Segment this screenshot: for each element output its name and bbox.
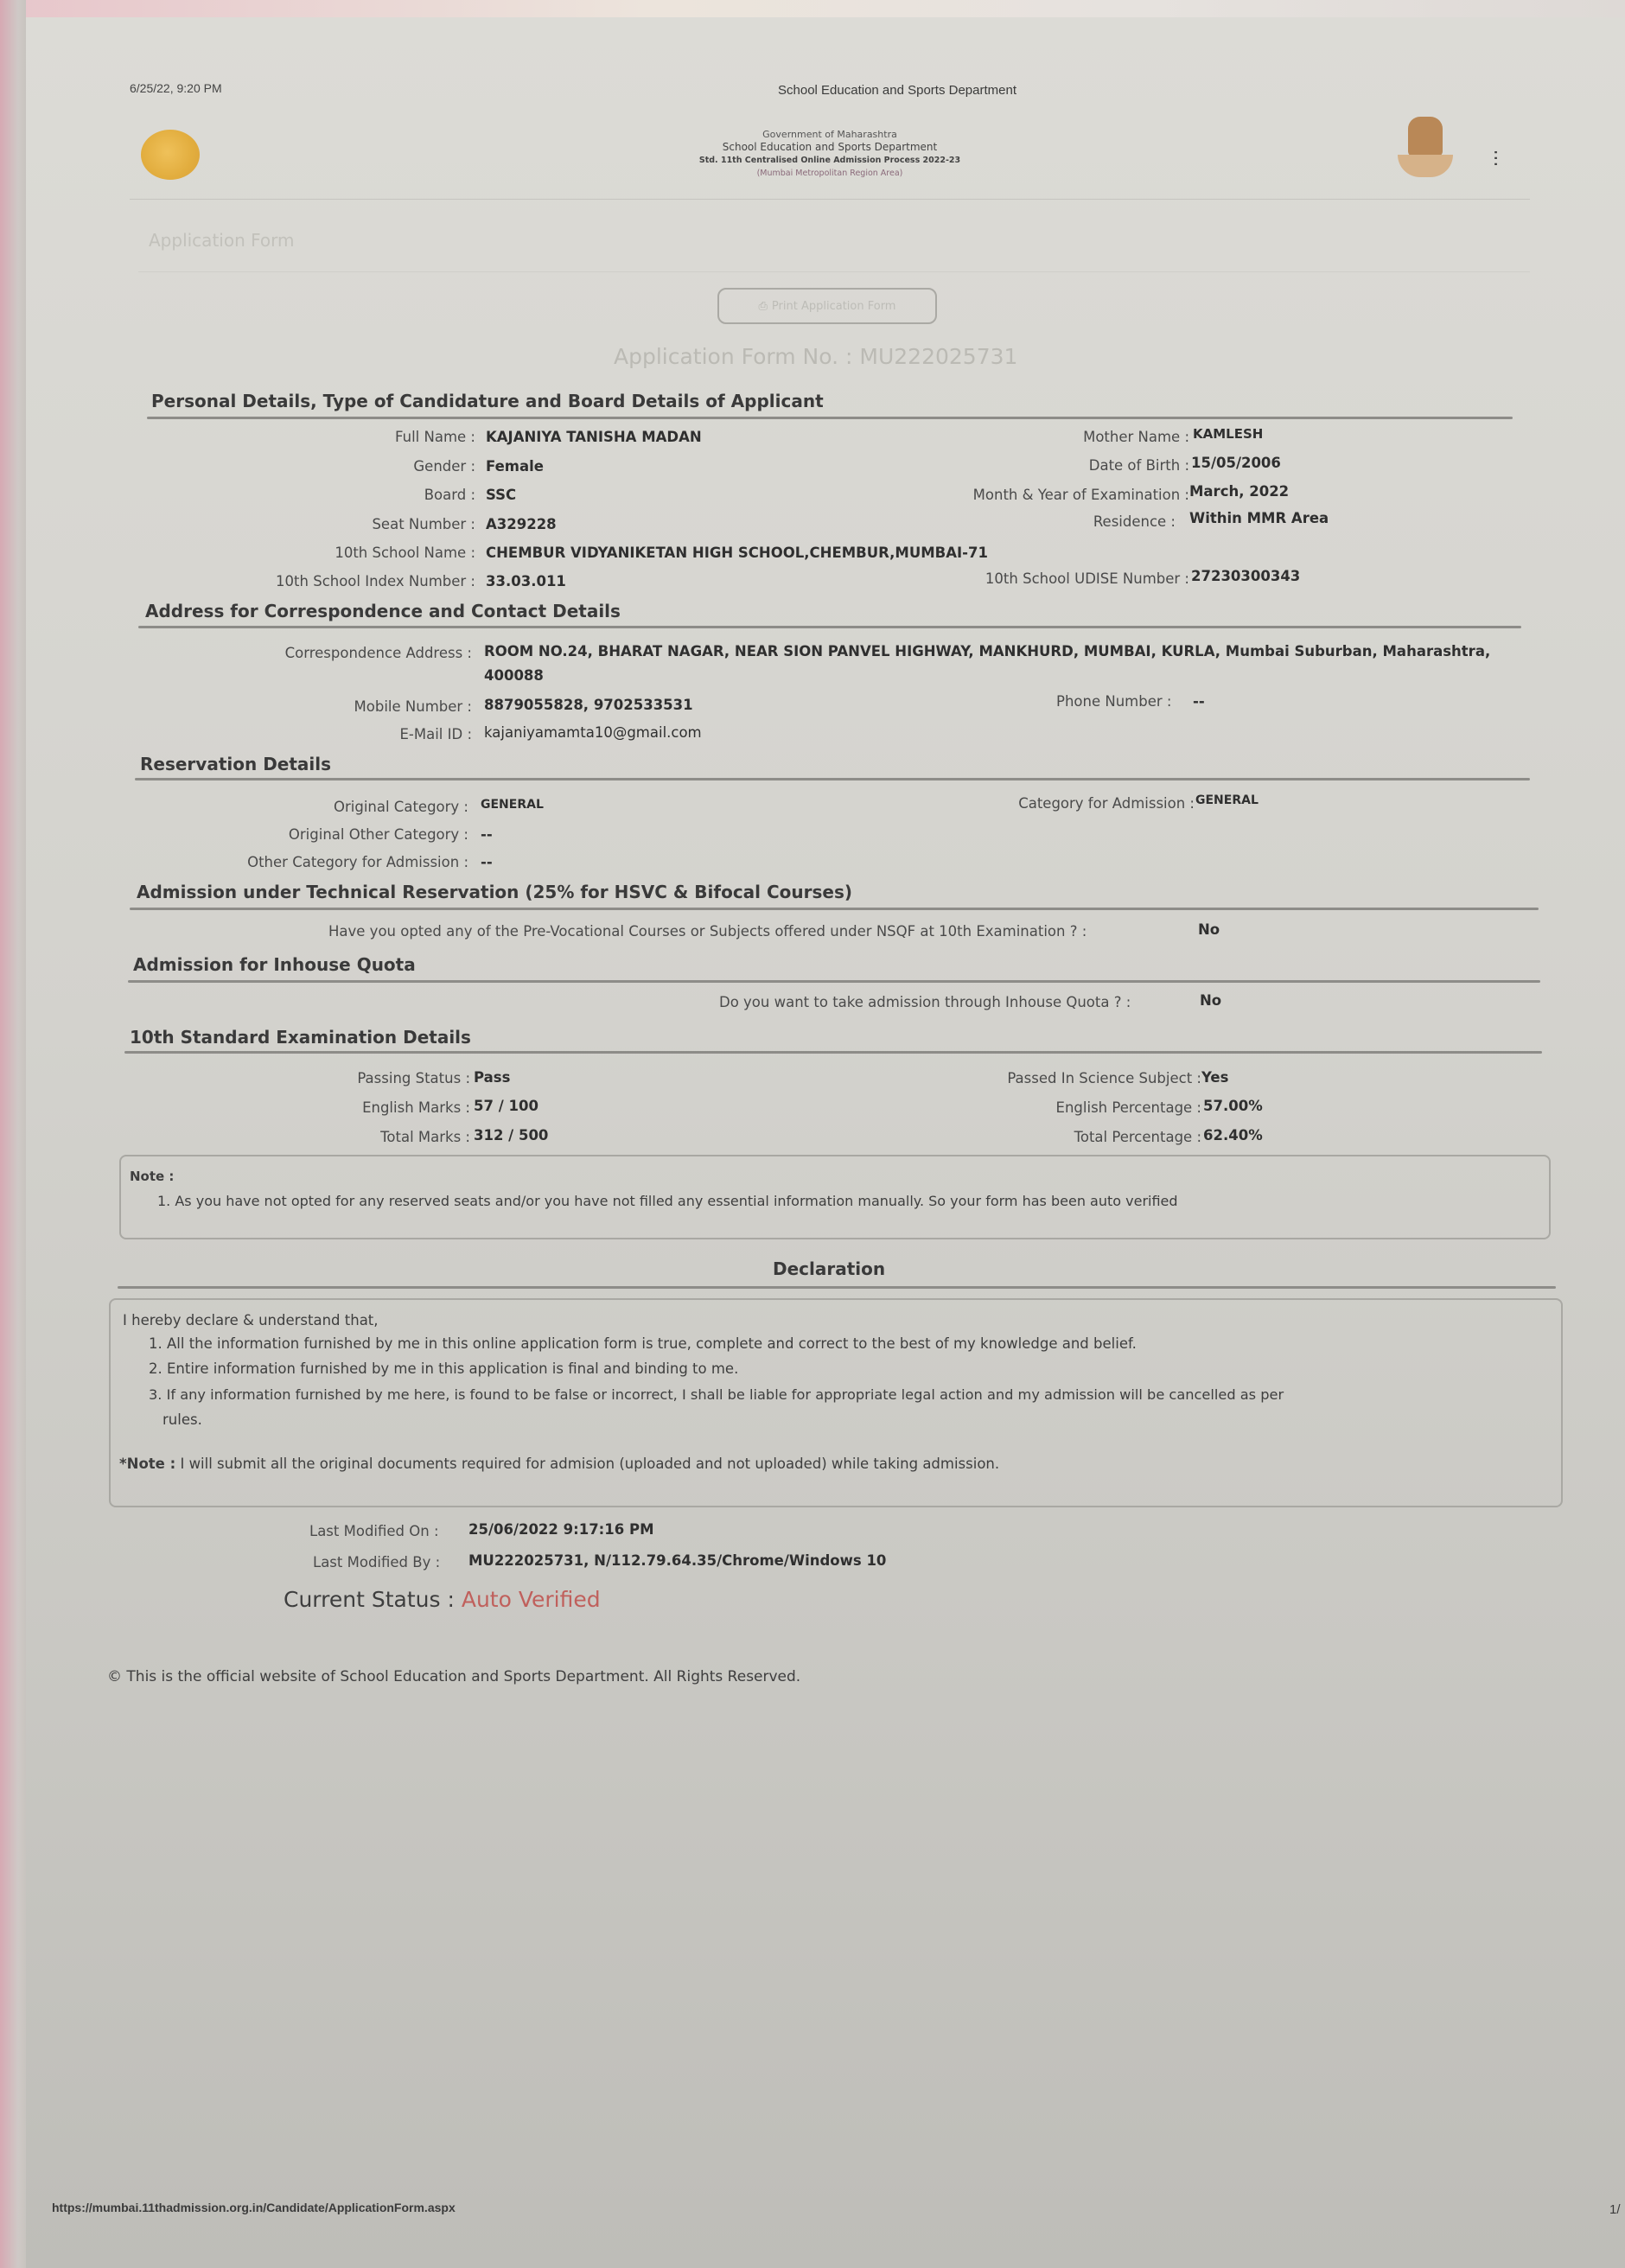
value-passing-status: Pass [474, 1069, 510, 1086]
label-mother-name: Mother Name : [1083, 429, 1189, 445]
value-exam-month-year: March, 2022 [1189, 483, 1289, 500]
copyright-footer: © This is the official website of School… [107, 1668, 800, 1685]
label-residence: Residence : [1093, 513, 1176, 530]
question-inhouse-quota: Do you want to take admission through In… [719, 994, 1131, 1010]
print-application-form-button[interactable]: ⎙ Print Application Form [717, 288, 937, 324]
print-icon: ⎙ [759, 300, 768, 313]
answer-inhouse-quota: No [1200, 992, 1221, 1009]
value-udise-number: 27230300343 [1191, 568, 1300, 584]
label-exam-month-year: Month & Year of Examination : [973, 487, 1189, 503]
value-gender: Female [486, 458, 544, 475]
print-page-number: 1/ [1609, 2202, 1621, 2217]
header-line-process: Std. 11th Centralised Online Admission P… [605, 154, 1055, 167]
section-divider [118, 1286, 1556, 1289]
section-divider [138, 626, 1521, 628]
declaration-item-3-cont: rules. [162, 1411, 202, 1428]
value-board: SSC [486, 487, 516, 503]
side-glyph: ⵗ [1493, 149, 1499, 170]
header-line-department: School Education and Sports Department [605, 141, 1055, 154]
header-divider [130, 199, 1530, 200]
section-divider [135, 778, 1530, 780]
department-header: Government of Maharashtra School Educati… [605, 128, 1055, 180]
declaration-intro: I hereby declare & understand that, [123, 1312, 379, 1328]
label-english-marks: English Marks : [362, 1099, 470, 1116]
label-school-name: 10th School Name : [335, 545, 475, 561]
value-other-category-admission: -- [481, 854, 493, 870]
status-badge: Auto Verified [462, 1587, 601, 1612]
label-email: E-Mail ID : [399, 726, 472, 742]
label-passed-science: Passed In Science Subject : [1007, 1070, 1201, 1086]
label-phone-number: Phone Number : [1056, 693, 1171, 710]
form-number-label: Application Form No. : [614, 344, 852, 369]
section-divider [124, 1051, 1542, 1054]
label-board: Board : [424, 487, 475, 503]
header-line-government: Government of Maharashtra [605, 128, 1055, 141]
note-title: Note : [130, 1169, 174, 1184]
value-seat-number: A329228 [486, 516, 557, 532]
form-number-value: MU222025731 [859, 344, 1017, 369]
section-divider [128, 980, 1540, 983]
value-total-percentage: 62.40% [1203, 1127, 1263, 1144]
label-current-status: Current Status : [284, 1587, 455, 1612]
national-emblem-icon [1396, 117, 1456, 186]
declaration-item-1: 1. All the information furnished by me i… [149, 1335, 1137, 1352]
value-english-percentage: 57.00% [1203, 1098, 1263, 1114]
value-last-modified-on: 25/06/2022 9:17:16 PM [468, 1521, 654, 1538]
value-mobile-number: 8879055828, 9702533531 [484, 697, 693, 713]
value-dob: 15/05/2006 [1191, 455, 1281, 471]
value-last-modified-by: MU222025731, N/112.79.64.35/Chrome/Windo… [468, 1552, 886, 1569]
section-title-technical: Admission under Technical Reservation (2… [137, 882, 852, 902]
section-divider [147, 417, 1513, 419]
section-divider [130, 908, 1539, 910]
application-form-page: 6/25/22, 9:20 PM School Education and Sp… [0, 0, 1625, 2268]
label-full-name: Full Name : [395, 429, 475, 445]
print-title: School Education and Sports Department [778, 83, 1016, 98]
value-passed-science: Yes [1201, 1069, 1228, 1086]
answer-nsqf: No [1198, 921, 1220, 938]
value-original-category: GENERAL [481, 798, 544, 812]
label-dob: Date of Birth : [1089, 457, 1189, 474]
value-total-marks: 312 / 500 [474, 1127, 548, 1144]
value-mother-name: KAMLESH [1193, 426, 1263, 442]
maharashtra-logo-icon [141, 130, 200, 180]
declaration-item-3: 3. If any information furnished by me he… [149, 1386, 1284, 1403]
declaration-note: *Note : I will submit all the original d… [119, 1456, 999, 1472]
declaration-item-2: 2. Entire information furnished by me in… [149, 1360, 738, 1377]
section-title-address: Address for Correspondence and Contact D… [145, 601, 621, 621]
current-status: Current Status : Auto Verified [284, 1587, 601, 1612]
title-divider [138, 271, 1530, 272]
section-title-inhouse: Admission for Inhouse Quota [133, 954, 416, 975]
declaration-box [109, 1298, 1563, 1507]
label-other-category-admission: Other Category for Admission : [247, 854, 468, 870]
label-school-index: 10th School Index Number : [276, 573, 475, 589]
declaration-note-text: I will submit all the original documents… [180, 1456, 999, 1472]
label-gender: Gender : [413, 458, 475, 475]
value-residence: Within MMR Area [1189, 510, 1329, 526]
label-seat-number: Seat Number : [372, 516, 475, 532]
value-correspondence-address: ROOM NO.24, BHARAT NAGAR, NEAR SION PANV… [484, 643, 1490, 659]
value-email: kajaniyamamta10@gmail.com [484, 724, 702, 741]
label-category-for-admission: Category for Admission : [1018, 795, 1195, 812]
section-title-declaration: Declaration [773, 1258, 885, 1279]
value-phone-number: -- [1193, 693, 1205, 710]
label-correspondence-address: Correspondence Address : [285, 645, 472, 661]
section-title-reservation: Reservation Details [140, 754, 331, 774]
print-datetime: 6/25/22, 9:20 PM [130, 81, 222, 95]
value-school-index: 33.03.011 [486, 573, 566, 589]
print-footer-url: https://mumbai.11thadmission.org.in/Cand… [52, 2201, 456, 2214]
header-line-region: (Mumbai Metropolitan Region Area) [605, 167, 1055, 180]
section-title-exam: 10th Standard Examination Details [130, 1027, 471, 1048]
value-full-name: KAJANIYA TANISHA MADAN [486, 429, 702, 445]
value-original-other-category: -- [481, 826, 493, 843]
question-nsqf: Have you opted any of the Pre-Vocational… [328, 923, 1087, 940]
value-english-marks: 57 / 100 [474, 1098, 538, 1114]
value-category-for-admission: GENERAL [1195, 793, 1259, 807]
application-form-number: Application Form No. : MU222025731 [614, 344, 1017, 369]
label-original-other-category: Original Other Category : [289, 826, 468, 843]
note-item: 1. As you have not opted for any reserve… [157, 1193, 1178, 1209]
label-mobile-number: Mobile Number : [354, 698, 472, 715]
label-total-marks: Total Marks : [380, 1129, 470, 1145]
label-udise-number: 10th School UDISE Number : [985, 570, 1189, 587]
label-passing-status: Passing Status : [357, 1070, 470, 1086]
label-last-modified-by: Last Modified By : [313, 1554, 440, 1570]
label-total-percentage: Total Percentage : [1074, 1129, 1201, 1145]
page-title: Application Form [149, 230, 295, 251]
label-english-percentage: English Percentage : [1056, 1099, 1201, 1116]
declaration-note-label: *Note : [119, 1456, 175, 1472]
label-original-category: Original Category : [334, 799, 468, 815]
value-school-name: CHEMBUR VIDYANIKETAN HIGH SCHOOL,CHEMBUR… [486, 545, 988, 561]
section-title-personal: Personal Details, Type of Candidature an… [151, 391, 824, 411]
print-button-label: Print Application Form [772, 300, 896, 313]
label-last-modified-on: Last Modified On : [309, 1523, 439, 1539]
value-correspondence-pincode: 400088 [484, 667, 544, 684]
